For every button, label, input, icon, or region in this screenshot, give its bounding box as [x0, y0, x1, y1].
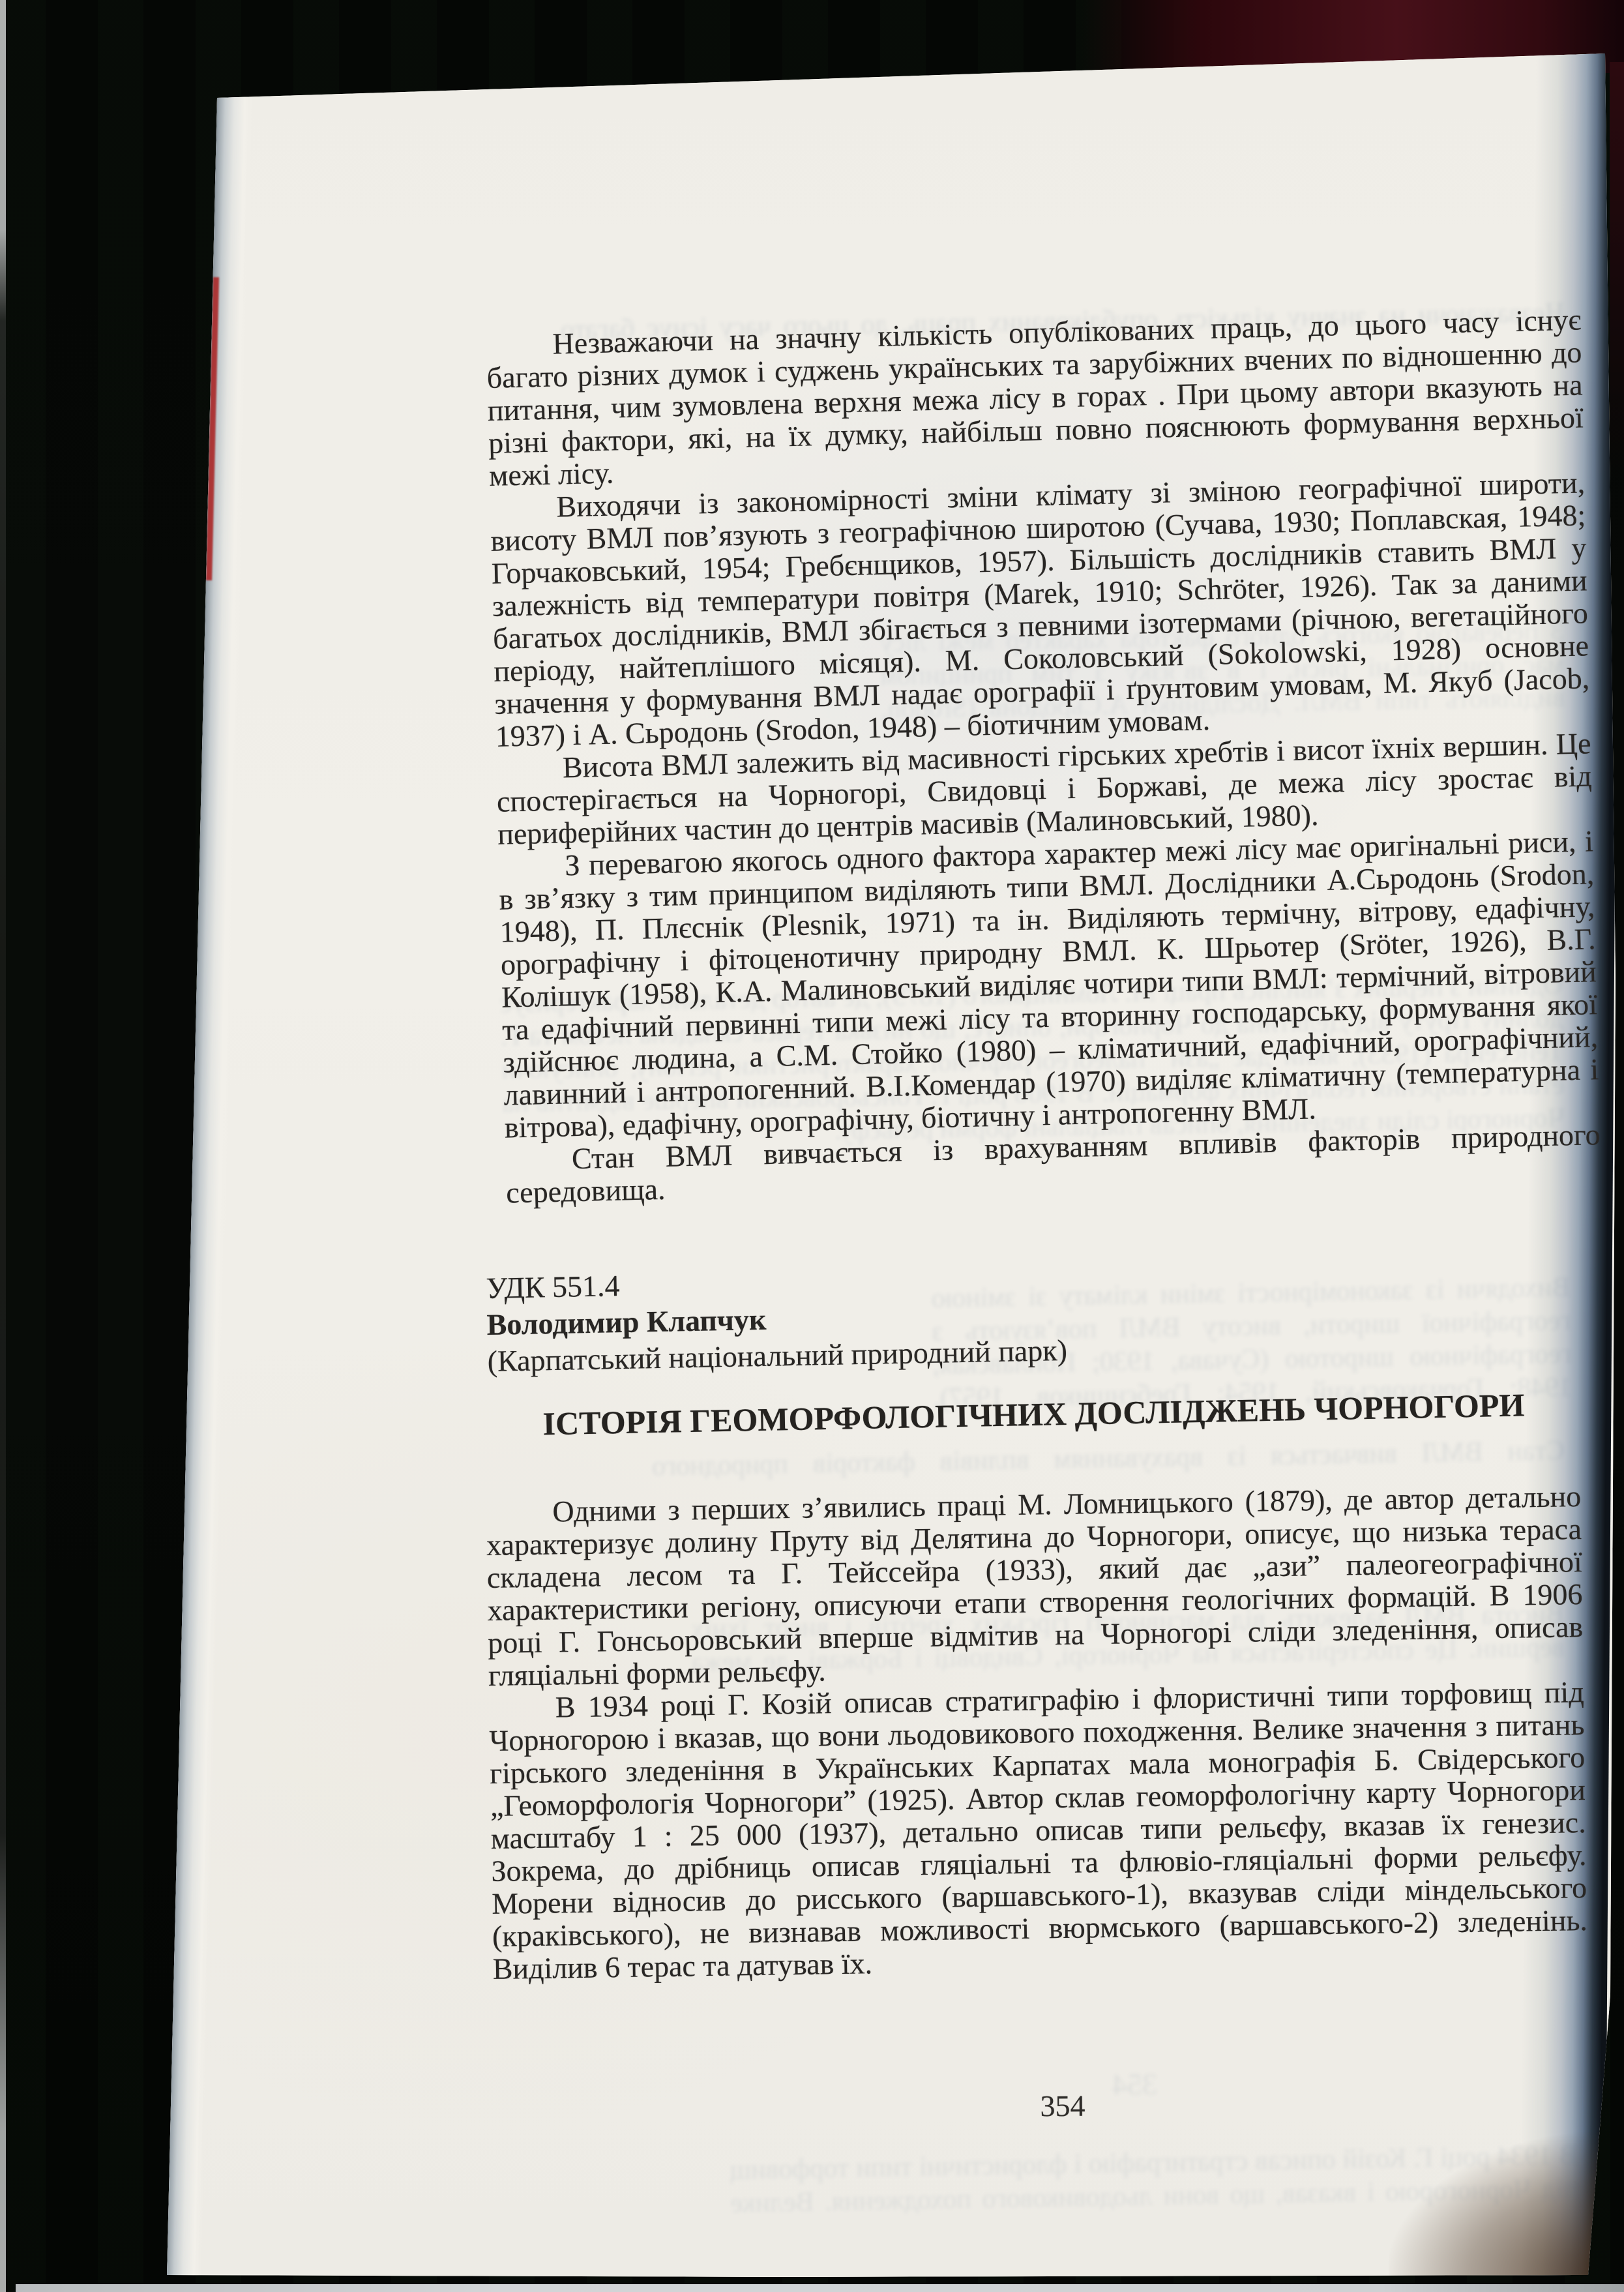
bleed-through-ghost: Стан ВМЛ вивчається із врахуванням вплив…	[652, 1435, 1565, 1487]
article-text-block: Одними з перших з’явились праці М. Ломни…	[486, 1480, 1588, 1986]
scan-artifact-red-top	[566, 52, 601, 57]
paragraph: З перевагою якогось одного фактора харак…	[498, 825, 1600, 1144]
scanner-left-edge-strip	[0, 0, 6, 2292]
paragraph: Одними з перших з’явились праці М. Ломни…	[486, 1480, 1584, 1692]
book-page: Незважаючи на значну кількість опубліков…	[0, 0, 1624, 2292]
paragraph: Виходячи із закономірності зміни клімату…	[490, 466, 1591, 752]
article-title: ІСТОРІЯ ГЕОМОРФОЛОГІЧНИХ ДОСЛІДЖЕНЬ ЧОРН…	[486, 1385, 1582, 1444]
paragraph: В 1934 році Г. Козій описав стратиграфію…	[488, 1676, 1587, 1986]
page-number: 354	[978, 2088, 1147, 2124]
intro-text-block: Незважаючи на значну кількість опубліков…	[486, 303, 1601, 1209]
page-left-edge-shading	[163, 59, 254, 2292]
udk-block: УДК 551.4 Володимир Клапчук (Карпатський…	[486, 1249, 1583, 1380]
paragraph: Незважаючи на значну кількість опубліков…	[486, 303, 1584, 492]
page-corner-shadow	[1389, 2132, 1623, 2278]
scanner-background: Незважаючи на значну кількість опубліков…	[0, 0, 1624, 2292]
scanner-bottom-edge-strip	[16, 2284, 1624, 2292]
book-cover-edge-right	[1610, 62, 1624, 479]
